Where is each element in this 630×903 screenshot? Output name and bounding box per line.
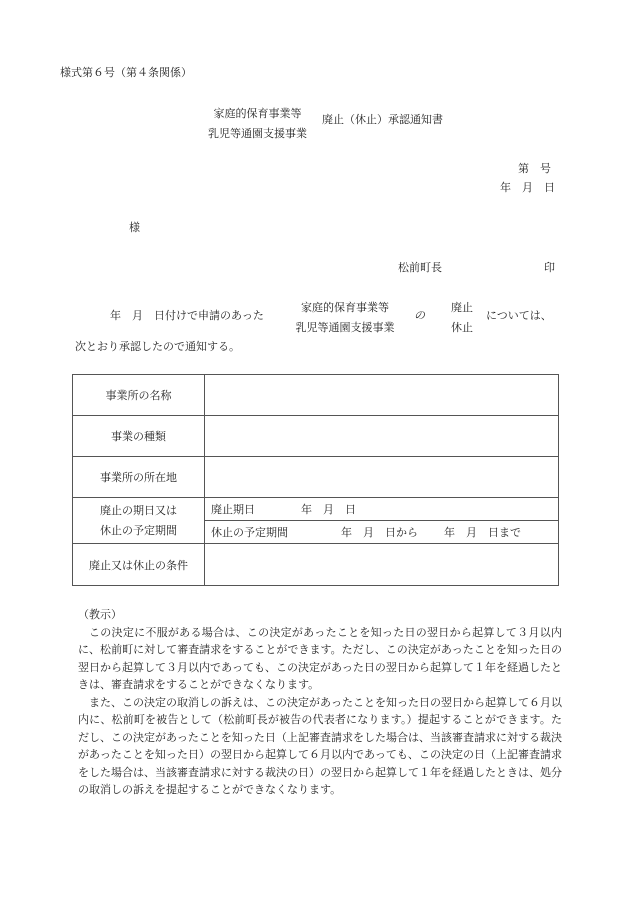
body-business-type-1: 家庭的保育事業等 [290, 298, 400, 318]
title-business-types: 家庭的保育事業等 乳児等通園支援事業 [200, 104, 315, 144]
form-number: 様式第６号（第４条関係） [60, 67, 192, 78]
facility-address-label: 事業所の所在地 [73, 457, 205, 498]
suspend-to: 年 月 日まで [444, 526, 521, 539]
instruction-heading: （教示） [78, 606, 562, 624]
suspend-period-cell[interactable]: 休止の予定期間年 月 日から年 月 日まで [205, 521, 559, 544]
document-number: 第 号 [518, 163, 551, 174]
table-row: 廃止又は休止の条件 [73, 544, 559, 586]
body-business-type-2: 乳児等通園支援事業 [290, 318, 400, 338]
document-title: 廃止（休止）承認通知書 [322, 114, 443, 125]
application-date-text: 年 月 日付けで申請のあった [110, 310, 264, 321]
action-type-suspend: 休止 [448, 318, 476, 338]
about-text: については、 [486, 310, 552, 321]
business-type-value[interactable] [205, 416, 559, 457]
issuer: 松前町長 [398, 262, 442, 273]
abolish-date-cell[interactable]: 廃止期日年 月 日 [205, 498, 559, 521]
details-table: 事業所の名称 事業の種類 事業所の所在地 廃止の期日又は 休止の予定期間 廃止期… [72, 374, 559, 586]
instruction-paragraph-1: この決定に不服がある場合は、この決定があったことを知った日の翌日から起算して３月… [78, 624, 562, 694]
period-label: 廃止の期日又は 休止の予定期間 [73, 498, 205, 544]
seal-mark: 印 [544, 262, 555, 273]
particle-no: の [414, 310, 425, 321]
facility-address-value[interactable] [205, 457, 559, 498]
instruction-section: （教示） この決定に不服がある場合は、この決定があったことを知った日の翌日から起… [78, 606, 562, 799]
abolish-date-label: 廃止期日 [211, 501, 301, 517]
instruction-paragraph-2: また、この決定の取消しの訴えは、この決定があったことを知った日の翌日から起算して… [78, 694, 562, 799]
suspend-from: 年 月 日から [341, 526, 418, 539]
period-label-line-1: 廃止の期日又は [73, 501, 204, 521]
table-row: 事業の種類 [73, 416, 559, 457]
facility-name-label: 事業所の名称 [73, 375, 205, 416]
addressee: 様 [129, 222, 140, 233]
action-type-abolish: 廃止 [448, 298, 476, 318]
title-business-type-2: 乳児等通園支援事業 [200, 124, 315, 144]
suspend-period-label: 休止の予定期間 [211, 524, 301, 540]
table-row: 事業所の所在地 [73, 457, 559, 498]
action-types: 廃止 休止 [448, 298, 476, 338]
notification-text: 次とおり承認したので通知する。 [75, 341, 240, 352]
period-label-line-2: 休止の予定期間 [73, 521, 204, 541]
facility-name-value[interactable] [205, 375, 559, 416]
conditions-value[interactable] [205, 544, 559, 586]
conditions-label: 廃止又は休止の条件 [73, 544, 205, 586]
abolish-date-value: 年 月 日 [301, 503, 356, 516]
table-row: 廃止の期日又は 休止の予定期間 廃止期日年 月 日 [73, 498, 559, 521]
body-business-types: 家庭的保育事業等 乳児等通園支援事業 [290, 298, 400, 338]
business-type-label: 事業の種類 [73, 416, 205, 457]
table-row: 事業所の名称 [73, 375, 559, 416]
document-date: 年 月 日 [500, 182, 555, 193]
title-business-type-1: 家庭的保育事業等 [200, 104, 315, 124]
